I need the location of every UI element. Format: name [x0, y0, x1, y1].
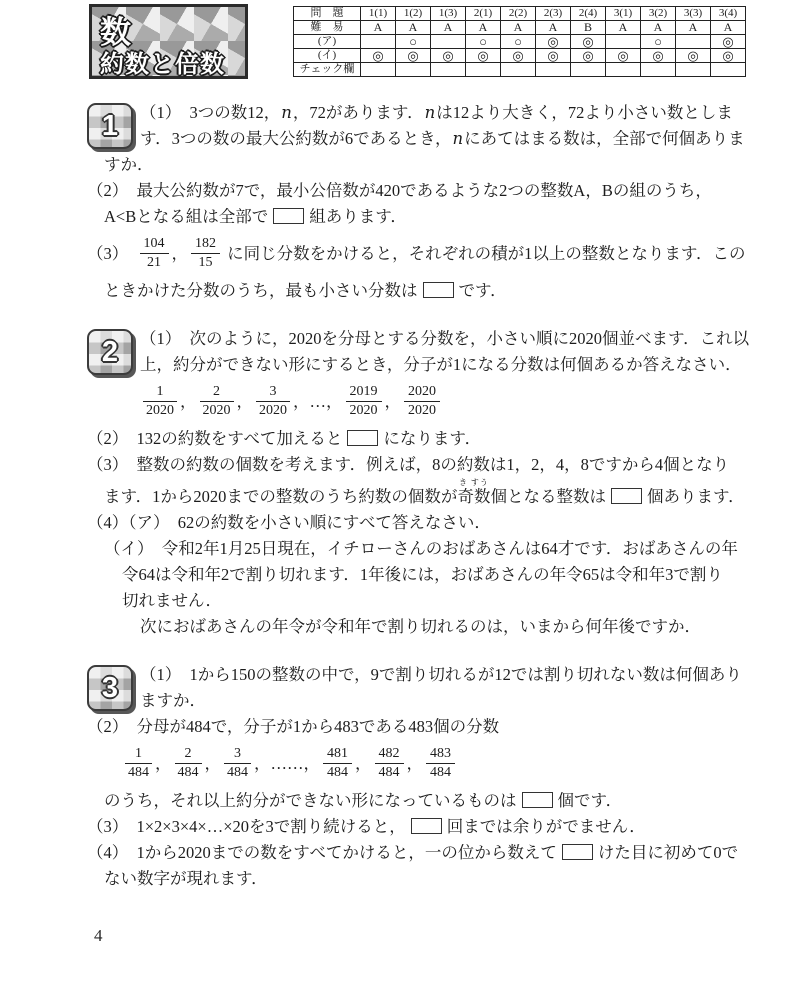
text-run: （3） 整数の約数の個数を考えます．例えば，8の約数は1，2，4，8ですから4個…	[87, 455, 729, 474]
fraction-numerator: 482	[375, 745, 404, 764]
empty-cell	[396, 63, 431, 77]
fraction-denominator: 2020	[256, 402, 290, 420]
text-run: ，	[407, 754, 424, 773]
fraction-numerator: 1	[125, 745, 152, 764]
text-run: すか．	[104, 155, 154, 174]
table-col-header: 1(1)	[361, 7, 396, 21]
problem-line: すか．	[87, 152, 777, 178]
text-run: ，	[355, 754, 372, 773]
mark-cell: ◎	[711, 35, 746, 49]
problem-line: （1） 次のように，2020を分母とする分数を，小さい順に2020個並べます．こ…	[87, 326, 777, 352]
fraction: 2484	[175, 745, 202, 781]
fraction-numerator: 104	[140, 235, 169, 254]
problem-line: 上，約分ができない形にするとき，分子が1になる分数は何個あるか答えなさい．	[87, 352, 777, 378]
math-variable: n	[280, 103, 293, 122]
table-col-header: 1(3)	[431, 7, 466, 21]
text-run: （3）	[87, 244, 137, 263]
empty-cell	[676, 63, 711, 77]
empty-cell	[536, 63, 571, 77]
mark-cell: ◎	[711, 49, 746, 63]
problem-line: （2） 分母が484で，分子が1から483である483個の分数	[87, 714, 777, 740]
math-variable: n	[452, 129, 465, 148]
text-run: 切れません．	[122, 591, 222, 610]
fraction-denominator: 21	[140, 254, 169, 272]
text-run: ，	[180, 392, 197, 411]
table-row: (ア)○○○◎◎○◎	[294, 35, 746, 49]
fraction: 1484	[125, 745, 152, 781]
difficulty-cell: B	[571, 21, 606, 35]
fraction-numerator: 2019	[346, 383, 382, 402]
difficulty-cell: A	[711, 21, 746, 35]
problem-number: 2	[102, 336, 118, 369]
empty-cell	[466, 63, 501, 77]
problem-line: （3） 10421，18215 に同じ分数をかけると，それぞれの積が1以上の整数…	[87, 230, 777, 278]
fraction-numerator: 483	[426, 745, 455, 764]
text-run: （3） 1×2×3×4×…×20を3で割り続けると，	[87, 817, 406, 836]
text-run: 個となる整数は	[490, 487, 606, 506]
fraction-numerator: 2020	[404, 383, 440, 402]
fraction: 481484	[323, 745, 352, 781]
text-run: A<Bとなる組は全部で	[104, 207, 268, 226]
mark-cell: ◎	[536, 49, 571, 63]
mark-cell: ◎	[501, 49, 536, 63]
problem-line: （2） 132の約数をすべて加えるとになります．	[87, 426, 777, 452]
fraction-numerator: 3	[256, 383, 290, 402]
mark-cell: ◎	[361, 49, 396, 63]
table-col-header: 2(4)	[571, 7, 606, 21]
mark-cell: ◎	[641, 49, 676, 63]
text-run: は12より大きく，72より小さい数としま	[436, 103, 733, 122]
text-run: 令64は令和年2で割り切れます．1年後には，おばあさんの年令65は令和年3で割り	[122, 565, 723, 584]
chapter-title: 約数と倍数	[100, 44, 225, 79]
text-run: 上，約分ができない形にするとき，分子が1になる分数は何個あるか答えなさい．	[140, 355, 742, 374]
table-row: 難 易AAAAAABAAAA	[294, 21, 746, 35]
fraction-denominator: 2020	[404, 402, 440, 420]
table-row: (イ)◎◎◎◎◎◎◎◎◎◎◎	[294, 49, 746, 63]
fraction-denominator: 2020	[200, 402, 234, 420]
mark-cell: ○	[641, 35, 676, 49]
mark-cell: ○	[466, 35, 501, 49]
fraction-numerator: 2	[175, 745, 202, 764]
problem-line: （2） 最大公約数が7で，最小公倍数が420であるような2つの整数A，Bの組のう…	[87, 178, 777, 204]
empty-cell	[711, 63, 746, 77]
problem-line: す．3つの数の最大公約数が6であるとき，nにあてはまる数は，全部で何個ありま	[87, 126, 777, 152]
problem-line: A<Bとなる組は全部で組あります．	[87, 204, 777, 230]
text-run: （2） 分母が484で，分子が1から483である483個の分数	[87, 717, 499, 736]
text-run: （1） 次のように，2020を分母とする分数を，小さい順に2020個並べます．こ…	[140, 329, 749, 348]
text-run: 次におばあさんの年令が令和年で割り切れるのは，いまから何年後ですか．	[140, 617, 701, 636]
problem-line: （3） 整数の約数の個数を考えます．例えば，8の約数は1，2，4，8ですから4個…	[87, 452, 777, 478]
difficulty-cell: A	[396, 21, 431, 35]
fraction-denominator: 484	[224, 764, 251, 782]
text-run: ，	[155, 754, 172, 773]
problem-line: ます．1から2020までの整数のうち約数の個数が奇数き すう個となる整数は個あり…	[87, 478, 777, 510]
table-row-label: チェック欄	[294, 63, 361, 77]
mark-cell: ◎	[466, 49, 501, 63]
problem-line: （4） 1から2020までの数をすべてかけると，一の位から数えてけた目に初めて0…	[87, 840, 777, 866]
problem-number-badge: 2	[87, 329, 133, 375]
fraction: 22020	[200, 383, 234, 419]
text-run: （4）（ア） 62の約数を小さい順にすべて答えなさい．	[87, 513, 491, 532]
problem-line: （イ） 令和2年1月25日現在，イチローさんのおばあさんは64才です．おばあさん…	[87, 536, 777, 562]
fraction: 20192020	[346, 383, 382, 419]
text-run: ますか．	[140, 691, 206, 710]
fraction-denominator: 484	[426, 764, 455, 782]
text-run: （2） 最大公約数が7で，最小公倍数が420であるような2つの整数A，Bの組のう…	[87, 181, 712, 200]
fraction: 18215	[191, 235, 220, 271]
problem-line: ときかけた分数のうち，最も小さい分数はです．	[87, 278, 777, 304]
fraction-denominator: 484	[375, 764, 404, 782]
answer-box	[562, 844, 593, 860]
text-run: です．	[459, 281, 507, 300]
fraction: 12020	[143, 383, 177, 419]
text-run: す．3つの数の最大公約数が6であるとき，	[140, 129, 452, 148]
mark-cell: ◎	[606, 49, 641, 63]
fraction: 483484	[426, 745, 455, 781]
answer-box	[522, 792, 553, 808]
difficulty-cell: A	[466, 21, 501, 35]
fraction: 10421	[140, 235, 169, 271]
text-run: 組あります．	[309, 207, 407, 226]
text-run: ます．1から2020までの整数のうち約数の個数が	[104, 487, 457, 506]
empty-cell	[431, 63, 466, 77]
table-col-header: 3(1)	[606, 7, 641, 21]
empty-cell	[571, 63, 606, 77]
text-run: ，	[385, 392, 402, 411]
problem-line: （3） 1×2×3×4×…×20を3で割り続けると，回までは余りがでません．	[87, 814, 777, 840]
answer-box	[347, 430, 378, 446]
math-variable: n	[424, 103, 437, 122]
problem-number-badge: 1	[87, 103, 133, 149]
difficulty-cell: A	[361, 21, 396, 35]
text-run: 回までは余りがでません．	[447, 817, 646, 836]
problem-number: 3	[102, 672, 118, 705]
fraction-numerator: 3	[224, 745, 251, 764]
mark-cell: ◎	[571, 35, 606, 49]
empty-cell	[606, 35, 641, 49]
page-number: 4	[94, 926, 103, 946]
difficulty-cell: A	[676, 21, 711, 35]
table-row-label: 難 易	[294, 21, 361, 35]
chapter-title-box: 数 約数と倍数	[89, 4, 248, 79]
furigana-word: 奇数き すう	[457, 487, 490, 506]
empty-cell	[641, 63, 676, 77]
mark-cell: ◎	[396, 49, 431, 63]
fraction-denominator: 484	[125, 764, 152, 782]
answer-box	[411, 818, 442, 834]
empty-cell	[431, 35, 466, 49]
text-run: （4） 1から2020までの数をすべてかけると，一の位から数えて	[87, 843, 557, 862]
text-run: のうち，それ以上約分ができない形になっているものは	[104, 791, 517, 810]
table-row-label: (ア)	[294, 35, 361, 49]
fraction-denominator: 2020	[143, 402, 177, 420]
fraction-numerator: 1	[143, 383, 177, 402]
table-header-row: 問 題1(1)1(2)1(3)2(1)2(2)2(3)2(4)3(1)3(2)3…	[294, 7, 746, 21]
text-run: （1） 1から150の整数の中で，9で割り切れるが12では割り切れない数は何個あ…	[140, 665, 742, 684]
difficulty-cell: A	[431, 21, 466, 35]
text-run: に同じ分数をかけると，それぞれの積が1以上の整数となります．この	[223, 244, 746, 263]
fraction: 32020	[256, 383, 290, 419]
table-row: チェック欄	[294, 63, 746, 77]
problem-block: 2（1） 次のように，2020を分母とする分数を，小さい順に2020個並べます．…	[87, 326, 777, 640]
fraction: 3484	[224, 745, 251, 781]
answer-box	[273, 208, 304, 224]
problems-container: 1（1） 3つの数12，n，72があります．nは12より大きく，72より小さい数…	[87, 100, 777, 914]
empty-cell	[501, 63, 536, 77]
fraction: 20202020	[404, 383, 440, 419]
problem-line: ない数字が現れます．	[87, 866, 777, 892]
table-col-header: 3(3)	[676, 7, 711, 21]
text-run: ，	[205, 754, 222, 773]
fraction-numerator: 2	[200, 383, 234, 402]
table-row-label: (イ)	[294, 49, 361, 63]
difficulty-cell: A	[641, 21, 676, 35]
text-run: ，	[237, 392, 254, 411]
text-run: ，……，	[254, 754, 320, 773]
mark-cell: ○	[501, 35, 536, 49]
table-col-header: 3(4)	[711, 7, 746, 21]
text-run: にあてはまる数は，全部で何個ありま	[464, 129, 745, 148]
text-run: （1） 3つの数12，	[140, 103, 280, 122]
difficulty-cell: A	[536, 21, 571, 35]
problem-line: 切れません．	[87, 588, 777, 614]
problem-line: 次におばあさんの年令が令和年で割り切れるのは，いまから何年後ですか．	[87, 614, 777, 640]
problem-line: 令64は令和年2で割り切れます．1年後には，おばあさんの年令65は令和年3で割り	[87, 562, 777, 588]
mark-cell: ○	[396, 35, 431, 49]
text-run: ，72があります．	[293, 103, 424, 122]
empty-cell	[361, 35, 396, 49]
problem-block: 1（1） 3つの数12，n，72があります．nは12より大きく，72より小さい数…	[87, 100, 777, 304]
fraction-numerator: 481	[323, 745, 352, 764]
problem-line: （1） 3つの数12，n，72があります．nは12より大きく，72より小さい数と…	[87, 100, 777, 126]
problem-line: ますか．	[87, 688, 777, 714]
problem-line: （4）（ア） 62の約数を小さい順にすべて答えなさい．	[87, 510, 777, 536]
mark-cell: ◎	[431, 49, 466, 63]
table-col-header: 3(2)	[641, 7, 676, 21]
table-col-header: 2(2)	[501, 7, 536, 21]
text-run: ，…，	[293, 392, 343, 411]
problem-line: のうち，それ以上約分ができない形になっているものは個です．	[87, 788, 777, 814]
fraction-denominator: 484	[175, 764, 202, 782]
empty-cell	[361, 63, 396, 77]
table-col-header: 2(1)	[466, 7, 501, 21]
mark-cell: ◎	[571, 49, 606, 63]
fraction-denominator: 2020	[346, 402, 382, 420]
mark-cell: ◎	[536, 35, 571, 49]
fraction-denominator: 15	[191, 254, 220, 272]
problem-line: 12020，22020，32020，…，20192020，20202020	[87, 378, 777, 426]
problem-line: （1） 1から150の整数の中で，9で割り切れるが12では割り切れない数は何個あ…	[87, 662, 777, 688]
text-run: （イ） 令和2年1月25日現在，イチローさんのおばあさんは64才です．おばあさん…	[104, 539, 738, 558]
mark-cell: ◎	[676, 49, 711, 63]
difficulty-table: 問 題1(1)1(2)1(3)2(1)2(2)2(3)2(4)3(1)3(2)3…	[293, 6, 746, 77]
fraction-denominator: 484	[323, 764, 352, 782]
problem-block: 3（1） 1から150の整数の中で，9で割り切れるが12では割り切れない数は何個…	[87, 662, 777, 892]
problem-number: 1	[102, 110, 118, 143]
problem-line: 1484，2484，3484，……，481484，482484，483484	[87, 740, 777, 788]
fraction-numerator: 182	[191, 235, 220, 254]
difficulty-cell: A	[606, 21, 641, 35]
text-run: 個あります．	[647, 487, 745, 506]
problem-number-badge: 3	[87, 665, 133, 711]
answer-box	[611, 488, 642, 504]
table-col-header: 1(2)	[396, 7, 431, 21]
text-run: ときかけた分数のうち，最も小さい分数は	[104, 281, 418, 300]
page: 数 約数と倍数 問 題1(1)1(2)1(3)2(1)2(2)2(3)2(4)3…	[0, 0, 801, 1000]
table-col-header: 2(3)	[536, 7, 571, 21]
text-run: ない数字が現れます．	[104, 869, 268, 888]
difficulty-cell: A	[501, 21, 536, 35]
text-run: （2） 132の約数をすべて加えると	[87, 429, 342, 448]
text-run: けた目に初めて0で	[598, 843, 738, 862]
table-corner-label: 問 題	[294, 7, 361, 21]
fraction: 482484	[375, 745, 404, 781]
text-run: になります．	[383, 429, 481, 448]
answer-box	[423, 282, 454, 298]
text-run: ，	[172, 244, 189, 263]
empty-cell	[606, 63, 641, 77]
text-run: 個です．	[558, 791, 623, 810]
empty-cell	[676, 35, 711, 49]
